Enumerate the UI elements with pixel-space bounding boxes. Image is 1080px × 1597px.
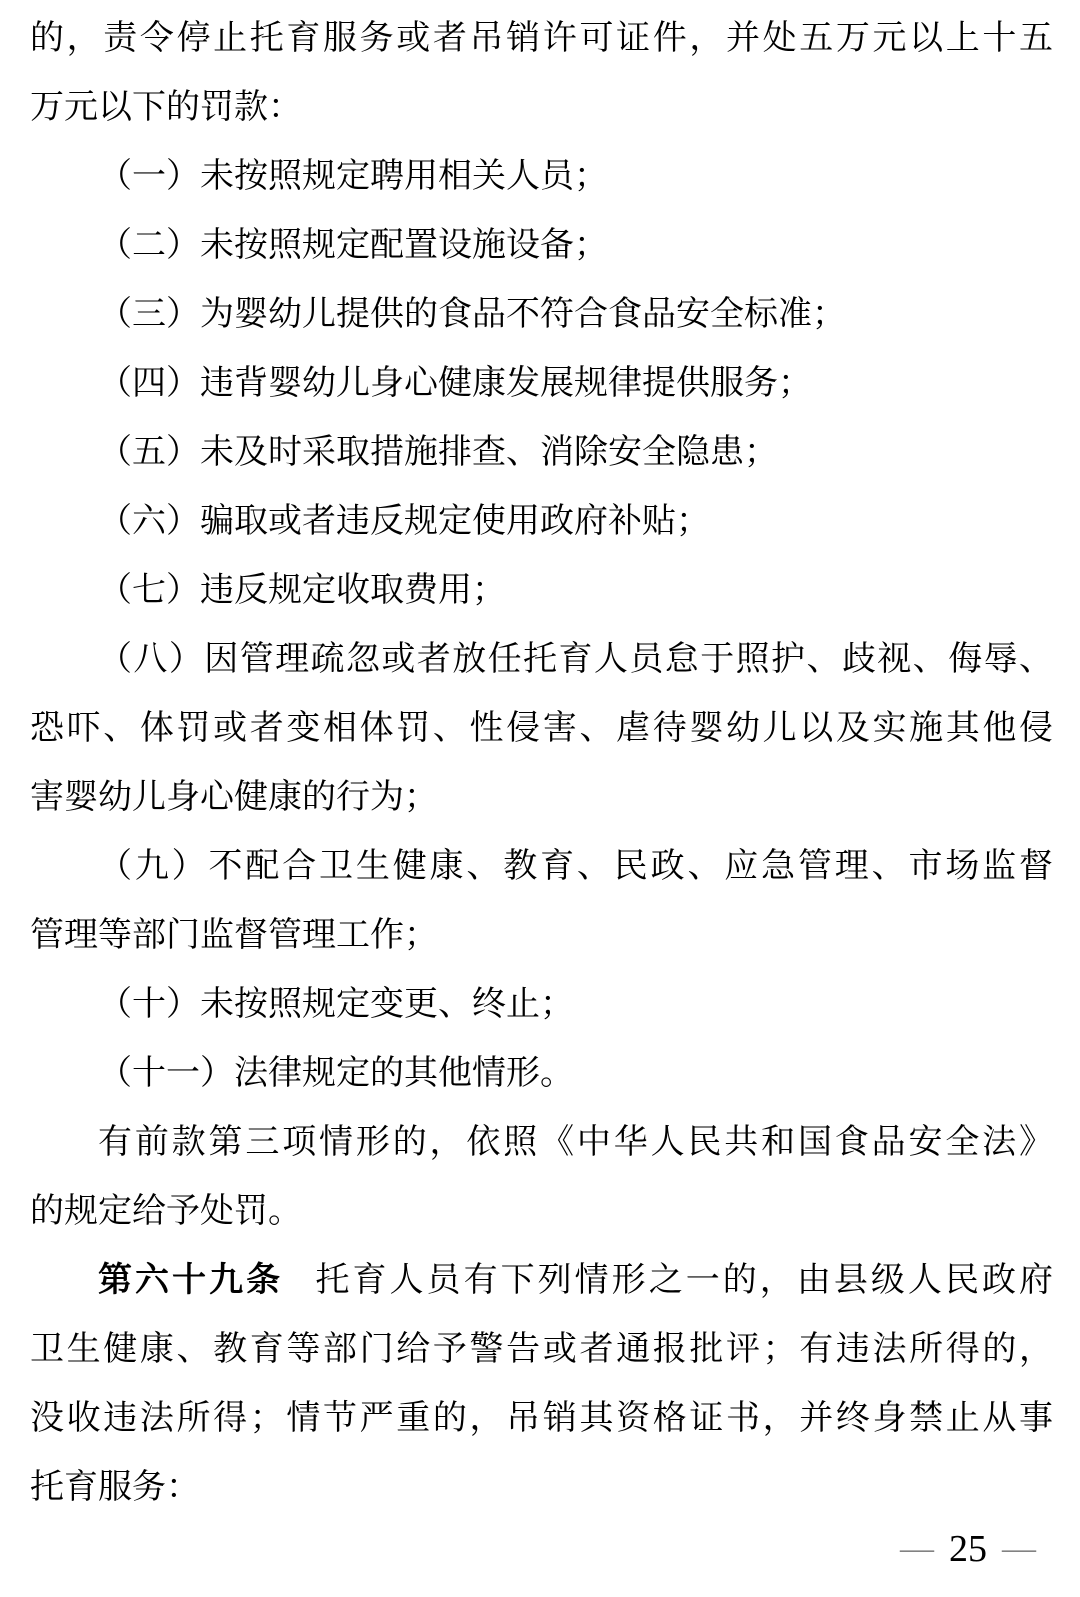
text-line-item-9: （九）不配合卫生健康、教育、民政、应急管理、市场监督	[30, 832, 1053, 901]
text-line-item-6: （六）骗取或者违反规定使用政府补贴；	[30, 487, 1053, 556]
text-line-item-7: （七）违反规定收取费用；	[30, 556, 1053, 625]
text-line-item-10: （十）未按照规定变更、终止；	[30, 970, 1053, 1039]
page-footer: — 25 —	[900, 1528, 1036, 1570]
text-line: 害婴幼儿身心健康的行为；	[30, 763, 1053, 832]
text-line-article-69: 第六十九条托育人员有下列情形之一的，由县级人民政府	[30, 1246, 1053, 1315]
text-line: 的规定给予处罚。	[30, 1177, 1053, 1246]
text-line-item-4: （四）违背婴幼儿身心健康发展规律提供服务；	[30, 349, 1053, 418]
text-line: 卫生健康、教育等部门给予警告或者通报批评；有违法所得的，	[30, 1315, 1053, 1384]
article-number: 第六十九条	[98, 1261, 283, 1299]
text-line-item-5: （五）未及时采取措施排查、消除安全隐患；	[30, 418, 1053, 487]
article-text: 托育人员有下列情形之一的，由县级人民政府	[315, 1262, 1053, 1299]
text-line-item-8: （八）因管理疏忽或者放任托育人员怠于照护、歧视、侮辱、	[30, 625, 1053, 694]
footer-dash-left: —	[900, 1528, 934, 1570]
text-line: 管理等部门监督管理工作；	[30, 901, 1053, 970]
footer-dash-right: —	[1002, 1528, 1036, 1570]
text-line: 有前款第三项情形的，依照《中华人民共和国食品安全法》	[30, 1108, 1053, 1177]
text-line-item-3: （三）为婴幼儿提供的食品不符合食品安全标准；	[30, 280, 1053, 349]
text-line: 托育服务：	[30, 1453, 1053, 1522]
text-line: 万元以下的罚款：	[30, 73, 1053, 142]
text-line: 恐吓、体罚或者变相体罚、性侵害、虐待婴幼儿以及实施其他侵	[30, 694, 1053, 763]
text-line: 没收违法所得；情节严重的，吊销其资格证书，并终身禁止从事	[30, 1384, 1053, 1453]
text-line: 的，责令停止托育服务或者吊销许可证件，并处五万元以上十五	[30, 4, 1053, 73]
page-number: 25	[949, 1528, 987, 1570]
text-line-item-2: （二）未按照规定配置设施设备；	[30, 211, 1053, 280]
text-line-item-1: （一）未按照规定聘用相关人员；	[30, 142, 1053, 211]
text-line-item-11: （十一）法律规定的其他情形。	[30, 1039, 1053, 1108]
document-body: 的，责令停止托育服务或者吊销许可证件，并处五万元以上十五 万元以下的罚款： （一…	[30, 4, 1053, 1522]
